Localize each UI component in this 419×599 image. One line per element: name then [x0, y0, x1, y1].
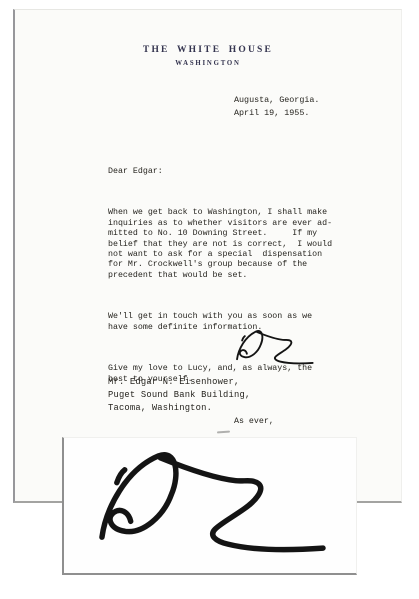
signature-de-initials-icon: [228, 328, 320, 367]
signature-de-initials-magnified-icon: [76, 446, 344, 560]
letter-sheet: THE WHITE HOUSE WASHINGTON Augusta, Geor…: [13, 9, 402, 503]
recipient-address: Mr. Edgar N. Eisenhower, Puget Sound Ban…: [108, 376, 250, 415]
scanned-letter-photo: THE WHITE HOUSE WASHINGTON Augusta, Geor…: [0, 0, 419, 599]
valediction: As ever,: [234, 417, 332, 427]
letterhead-title: THE WHITE HOUSE: [15, 45, 401, 55]
paragraph-1: When we get back to Washington, I shall …: [108, 208, 332, 281]
signature-magnified-inset: [62, 437, 357, 575]
letterhead-subtitle: WASHINGTON: [15, 60, 401, 67]
dateline: Augusta, Georgia. April 19, 1955.: [234, 94, 319, 120]
salutation: Dear Edgar:: [108, 167, 332, 177]
